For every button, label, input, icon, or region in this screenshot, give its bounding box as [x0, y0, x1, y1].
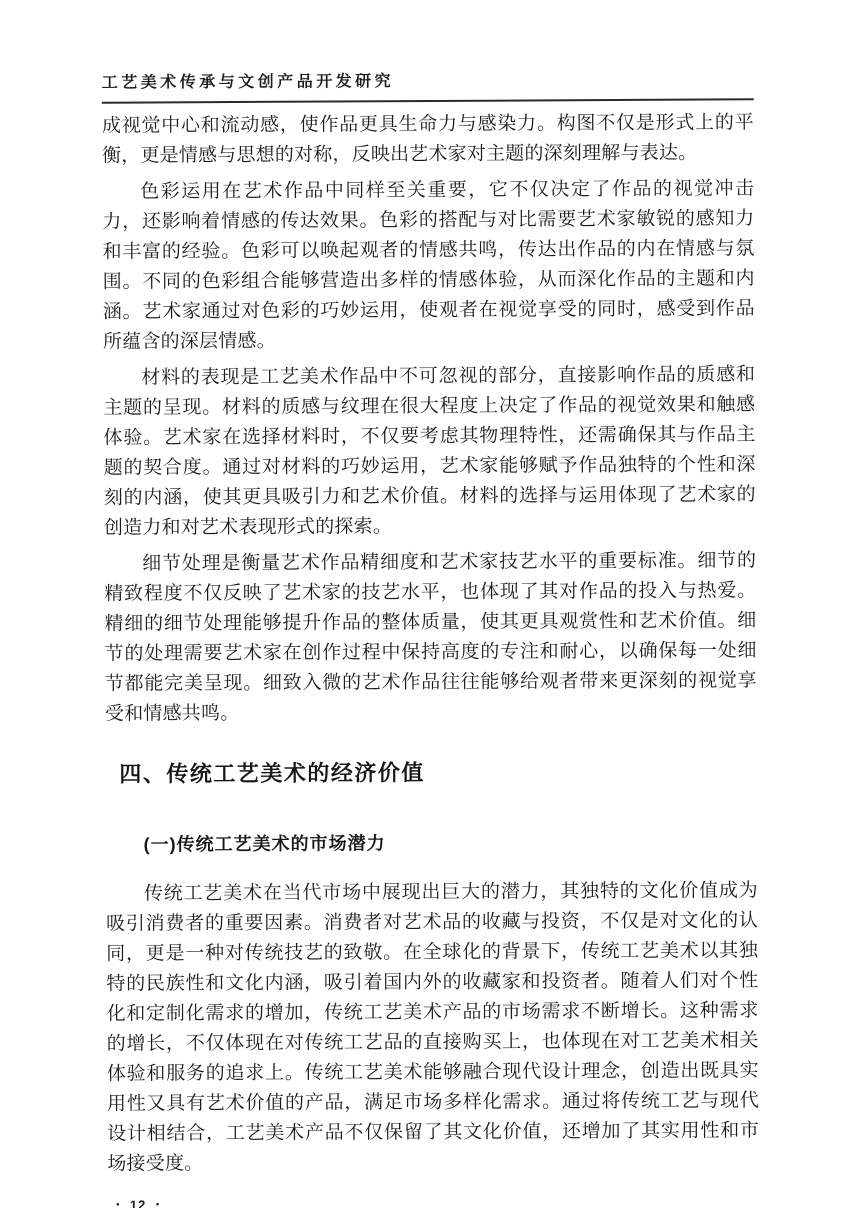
section-heading-economic-value: 四、传统工艺美术的经济价值 [119, 758, 757, 787]
page-number: 12 [130, 1197, 147, 1208]
paragraph-color-usage: 色彩运用在艺术作品中同样至关重要，它不仅决定了作品的视觉冲击力，还影响着情感的传… [102, 174, 755, 357]
subsection-heading-market-potential: (一)传统工艺美术的市场潜力 [144, 830, 758, 855]
page-number-dot-left: · [116, 1198, 121, 1208]
paragraph-composition-continuation: 成视觉中心和流动感，使作品更具生命力与感染力。构图不仅是形式上的平衡，更是情感与… [102, 108, 754, 171]
page-number-dot-right: · [155, 1197, 160, 1208]
paragraph-detail-handling: 细节处理是衡量艺术作品精细度和艺术家技艺水平的重要标准。细节的精致程度不仅反映了… [104, 546, 757, 729]
paragraph-market-potential: 传统工艺美术在当代市场中展现出巨大的潜力，其独特的文化价值成为吸引消费者的重要因… [106, 876, 760, 1179]
paragraph-material-expression: 材料的表现是工艺美术作品中不可忽视的部分，直接影响作品的质感和主题的呈现。材料的… [103, 360, 756, 543]
header-divider-rule [102, 98, 754, 103]
document-page: 工艺美术传承与文创产品开发研究 成视觉中心和流动感，使作品更具生命力与感染力。构… [102, 70, 760, 1208]
running-head-title: 工艺美术传承与文创产品开发研究 [102, 70, 754, 92]
page-footer: · 12 · [116, 1194, 760, 1208]
